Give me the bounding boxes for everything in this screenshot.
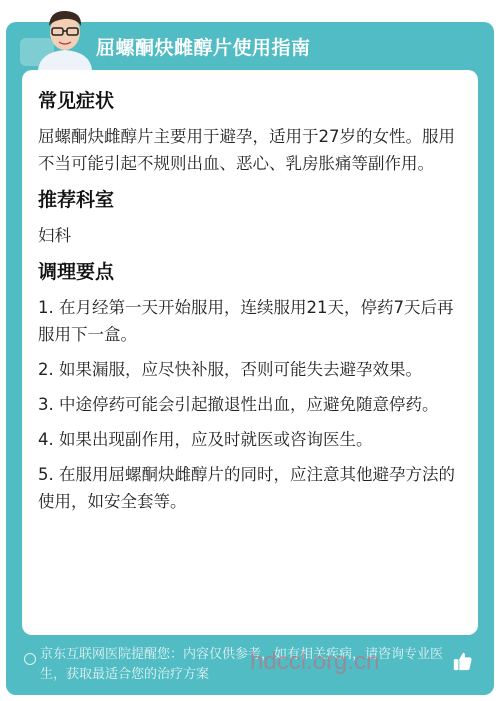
symptoms-text: 屈螺酮炔雌醇片主要用于避孕，适用于27岁的女性。服用不当可能引起不规则出血、恶心… <box>38 123 464 177</box>
thumbs-up-icon[interactable] <box>452 650 474 672</box>
section-title-care: 调理要点 <box>38 257 464 284</box>
care-item: 5. 在服用屈螺酮炔雌醇片的同时，应注意其他避孕方法的使用，如安全套等。 <box>38 461 464 515</box>
care-item: 2. 如果漏服，应尽快补服，否则可能失去避孕效果。 <box>38 356 464 383</box>
doctor-avatar <box>30 4 100 70</box>
section-title-department: 推荐科室 <box>38 185 464 212</box>
care-item: 1. 在月经第一天开始服用，连续服用21天，停药7天后再服用下一盒。 <box>38 294 464 348</box>
section-title-symptoms: 常见症状 <box>38 86 464 113</box>
care-item: 4. 如果出现副作用，应及时就医或咨询医生。 <box>38 426 464 453</box>
content-card: 常见症状 屈螺酮炔雌醇片主要用于避孕，适用于27岁的女性。服用不当可能引起不规则… <box>22 70 478 635</box>
page-title: 屈螺酮炔雌醇片使用指南 <box>96 33 311 60</box>
care-item: 3. 中途停药可能会引起撤退性出血，应避免随意停药。 <box>38 391 464 418</box>
info-icon <box>24 653 36 665</box>
watermark: hdccl.org.cn <box>250 648 379 676</box>
department-text: 妇科 <box>38 222 464 249</box>
